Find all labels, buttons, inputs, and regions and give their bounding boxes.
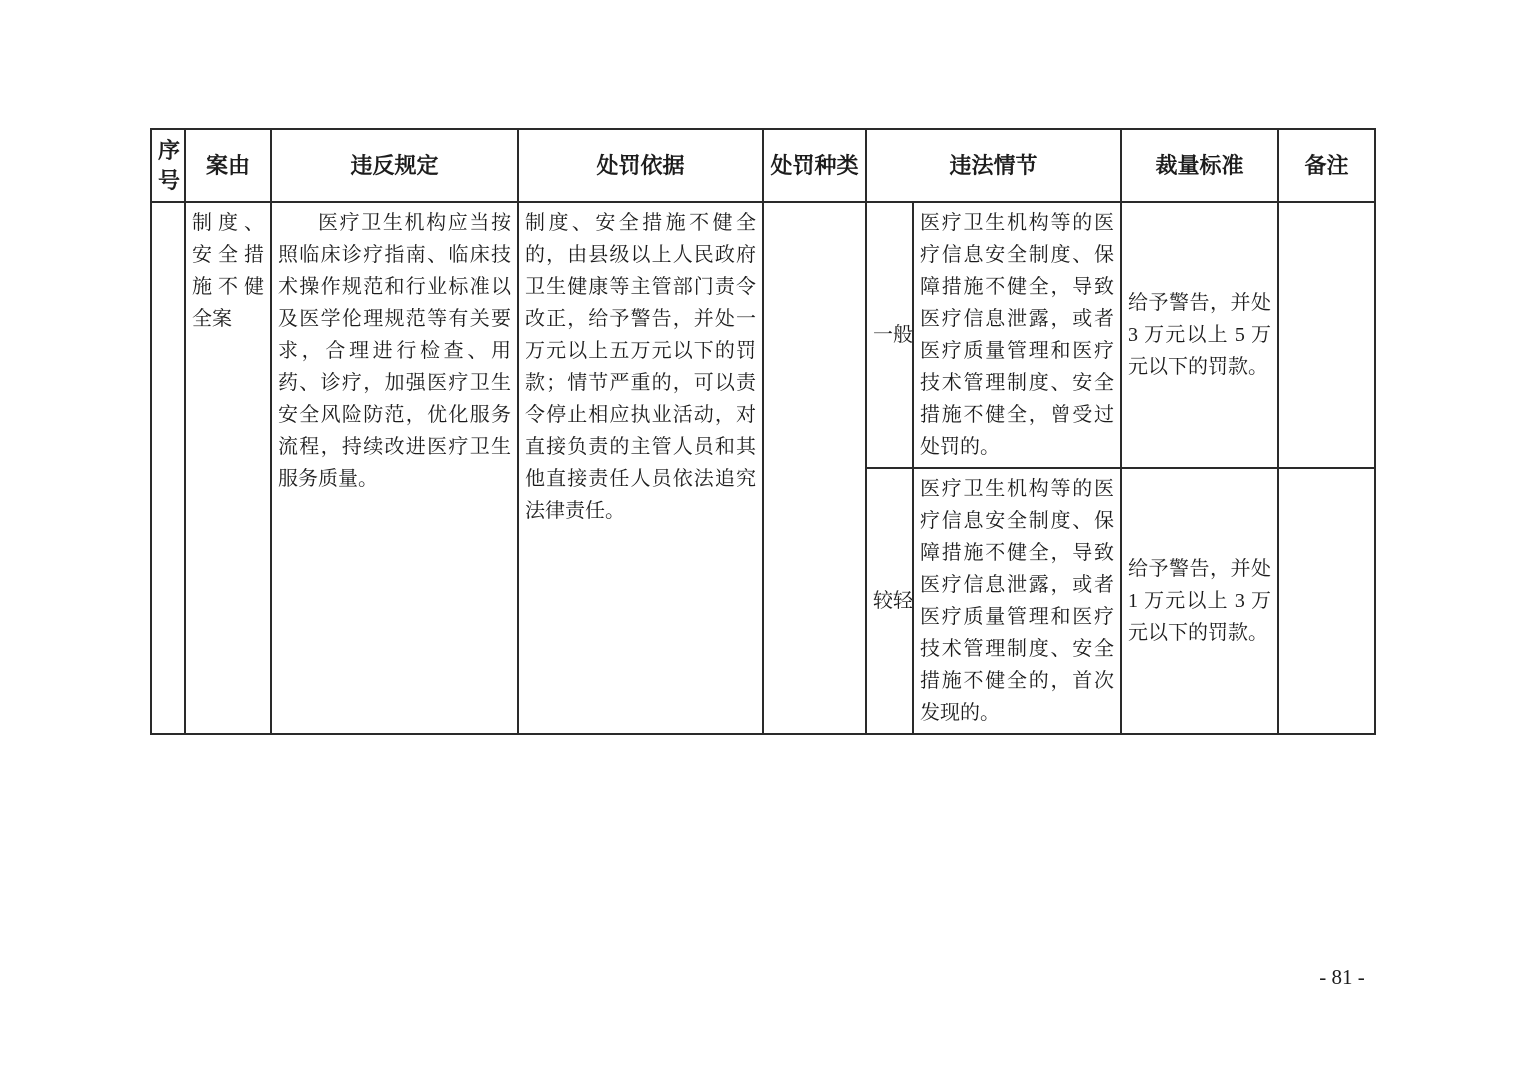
header-remark: 备注 xyxy=(1278,129,1375,202)
cell-basis-text: 制度、安全措施不健全的，由县级以上人民政府卫生健康等主管部门责令改正，给予警告，… xyxy=(518,202,763,734)
table-header-row: 序号 案由 违反规定 处罚依据 处罚种类 违法情节 裁量标准 备注 xyxy=(151,129,1375,202)
cell-case-name: 制度、安全措施不健全案 xyxy=(185,202,271,734)
cell-remark-general xyxy=(1278,202,1375,468)
header-basis: 处罚依据 xyxy=(518,129,763,202)
header-standard: 裁量标准 xyxy=(1121,129,1278,202)
cell-remark-minor xyxy=(1278,468,1375,734)
cell-serial xyxy=(151,202,185,734)
table-row-general: 制度、安全措施不健全案 医疗卫生机构应当按照临床诊疗指南、临床技术操作规范和行业… xyxy=(151,202,1375,468)
header-violation: 违反规定 xyxy=(271,129,518,202)
cell-circumstance-general: 医疗卫生机构等的医疗信息安全制度、保障措施不健全，导致医疗信息泄露，或者医疗质量… xyxy=(913,202,1121,468)
cell-penalty-type xyxy=(763,202,866,734)
penalty-discretion-table: 序号 案由 违反规定 处罚依据 处罚种类 违法情节 裁量标准 备注 制度、安全措… xyxy=(150,128,1376,735)
header-serial: 序号 xyxy=(151,129,185,202)
cell-standard-minor: 给予警告，并处 1 万元以上 3 万元以下的罚款。 xyxy=(1121,468,1278,734)
header-case: 案由 xyxy=(185,129,271,202)
cell-violation-text: 医疗卫生机构应当按照临床诊疗指南、临床技术操作规范和行业标准以及医学伦理规范等有… xyxy=(271,202,518,734)
cell-severity-minor: 较轻 xyxy=(866,468,913,734)
page-number: - 81 - xyxy=(1302,962,1382,992)
cell-severity-general: 一般 xyxy=(866,202,913,468)
cell-standard-general: 给予警告，并处 3 万元以上 5 万元以下的罚款。 xyxy=(1121,202,1278,468)
header-penalty-type: 处罚种类 xyxy=(763,129,866,202)
header-circumstance: 违法情节 xyxy=(866,129,1121,202)
cell-circumstance-minor: 医疗卫生机构等的医疗信息安全制度、保障措施不健全，导致医疗信息泄露，或者医疗质量… xyxy=(913,468,1121,734)
